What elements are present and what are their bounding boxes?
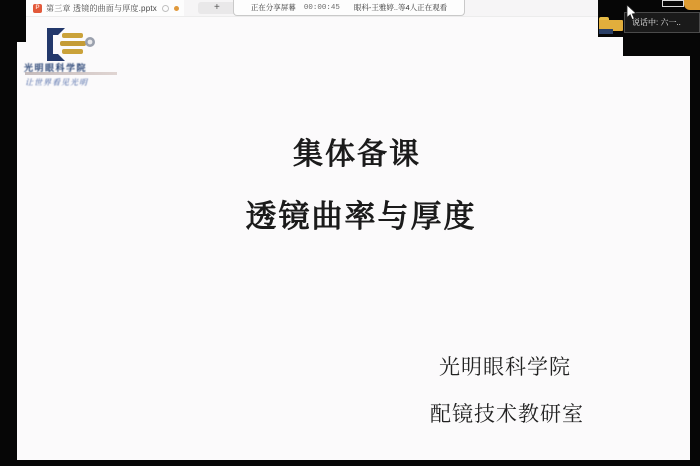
- folder-icon[interactable]: [599, 17, 623, 34]
- share-status-label: 正在分享屏幕: [251, 2, 296, 13]
- new-tab-button[interactable]: +: [198, 2, 236, 14]
- mouse-cursor: [626, 5, 638, 21]
- unsaved-indicator-dot: [174, 6, 179, 11]
- letterbox-top-left-corner: [0, 0, 26, 42]
- share-viewers-label: 眼科-王雅婷..等4人正在观看: [354, 2, 447, 13]
- slide-footer-department: 配镜技术教研室: [387, 398, 627, 428]
- logo-english-subline: [25, 72, 117, 75]
- letterbox-left: [0, 0, 17, 466]
- slide-footer-college: 光明眼科学院: [385, 351, 625, 381]
- wps-presentation-icon: P: [33, 4, 42, 13]
- folder-icon-shadow: [599, 29, 613, 34]
- meeting-window-control[interactable]: [662, 0, 684, 7]
- logo-slogan: 让世界看见光明: [25, 77, 135, 88]
- tab-title: 第三章 透镜的曲面与厚度.pptx: [46, 3, 157, 14]
- letterbox-right: [690, 0, 700, 466]
- speaking-tooltip-text: 说话中: 六一..: [632, 18, 681, 27]
- tab-state-icon[interactable]: [162, 5, 169, 12]
- slide-title-line2: 透镜曲率与厚度: [141, 191, 581, 236]
- share-timer: 00:00:45: [304, 4, 340, 12]
- college-logo-icon: [45, 27, 101, 63]
- screen-share-toolbar[interactable]: 正在分享屏幕 00:00:45 眼科-王雅婷..等4人正在观看: [233, 0, 465, 16]
- letterbox-bottom: [0, 460, 700, 466]
- document-tab[interactable]: P 第三章 透镜的曲面与厚度.pptx: [26, 0, 184, 16]
- slide-title-line1: 集体备课: [157, 129, 557, 173]
- meeting-avatar-corner[interactable]: [684, 0, 700, 10]
